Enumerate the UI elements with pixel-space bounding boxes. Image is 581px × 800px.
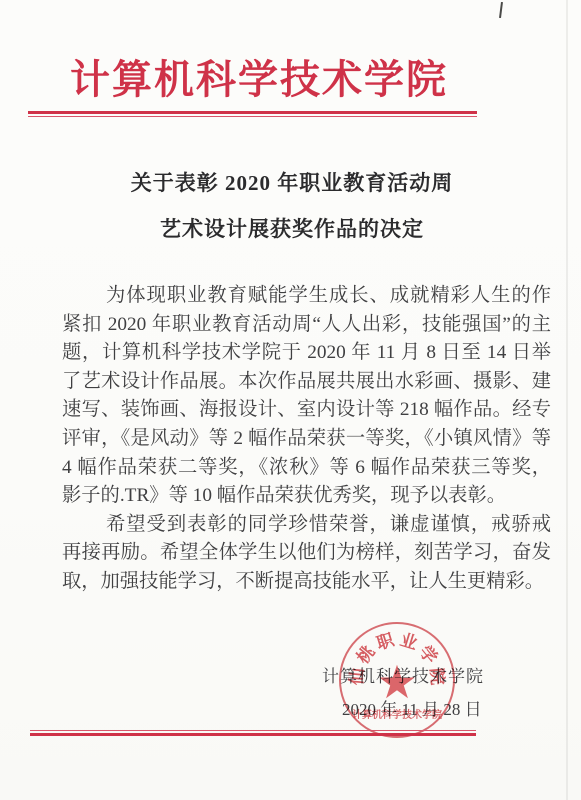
- document-title-line1: 关于表彰 2020 年职业教育活动周: [60, 160, 524, 206]
- body-line: 再接再励。希望全体学生以他们为榜样，刻苦学习，奋发进: [62, 539, 551, 568]
- page-edge-shadow: [566, 0, 568, 800]
- scanned-document-page: 计算机科学技术学院 关于表彰 2020 年职业教育活动周 艺术设计展获奖作品的决…: [0, 0, 581, 800]
- scan-artifact-line: [499, 2, 503, 18]
- body-line: 评审，《是风动》等 2 幅作品荣获一等奖，《小镇风情》等: [62, 425, 551, 454]
- seal-ring-char: 业: [397, 625, 421, 654]
- body-line: 为体现职业教育赋能学生成长、成就精彩人生的作用，: [62, 282, 551, 311]
- document-body: 为体现职业教育赋能学生成长、成就精彩人生的作用， 紧扣 2020 年职业教育活动…: [62, 282, 551, 597]
- body-line: 4 幅作品荣获二等奖，《浓秋》等 6 幅作品荣获三等奖，《偷: [62, 454, 551, 483]
- body-line: 速写、装饰画、海报设计、室内设计等 218 幅作品。经专家: [62, 396, 551, 425]
- body-line: 取，加强技能学习，不断提高技能水平，让人生更精彩。: [62, 568, 551, 597]
- divider-thick-line: [30, 733, 476, 736]
- letterhead-divider: [28, 111, 477, 117]
- body-line: 了艺术设计作品展。本次作品展共展出水彩画、摄影、建筑: [62, 368, 551, 397]
- body-line: 希望受到表彰的同学珍惜荣誉，谦虚谨慎，戒骄戒躁，: [62, 511, 551, 540]
- body-line: 影子的.TR》等 10 幅作品荣获优秀奖，现予以表彰。: [62, 482, 551, 511]
- letterhead-title: 计算机科学技术学院: [34, 48, 484, 105]
- document-title: 关于表彰 2020 年职业教育活动周 艺术设计展获奖作品的决定: [60, 160, 524, 252]
- signature-organization: 计算机科学技术学院: [322, 662, 472, 687]
- seal-ring-char: 职: [373, 625, 397, 654]
- footer-divider: [30, 730, 476, 736]
- body-line: 紧扣 2020 年职业教育活动周“人人出彩，技能强国”的主: [62, 311, 551, 340]
- signature-date: 2020 年 11 月 28 日: [342, 695, 482, 720]
- document-title-line2: 艺术设计展获奖作品的决定: [60, 206, 524, 252]
- body-line: 题，计算机科学技术学院于 2020 年 11 月 8 日至 14 日举办: [62, 339, 551, 368]
- divider-thin-line: [28, 116, 477, 117]
